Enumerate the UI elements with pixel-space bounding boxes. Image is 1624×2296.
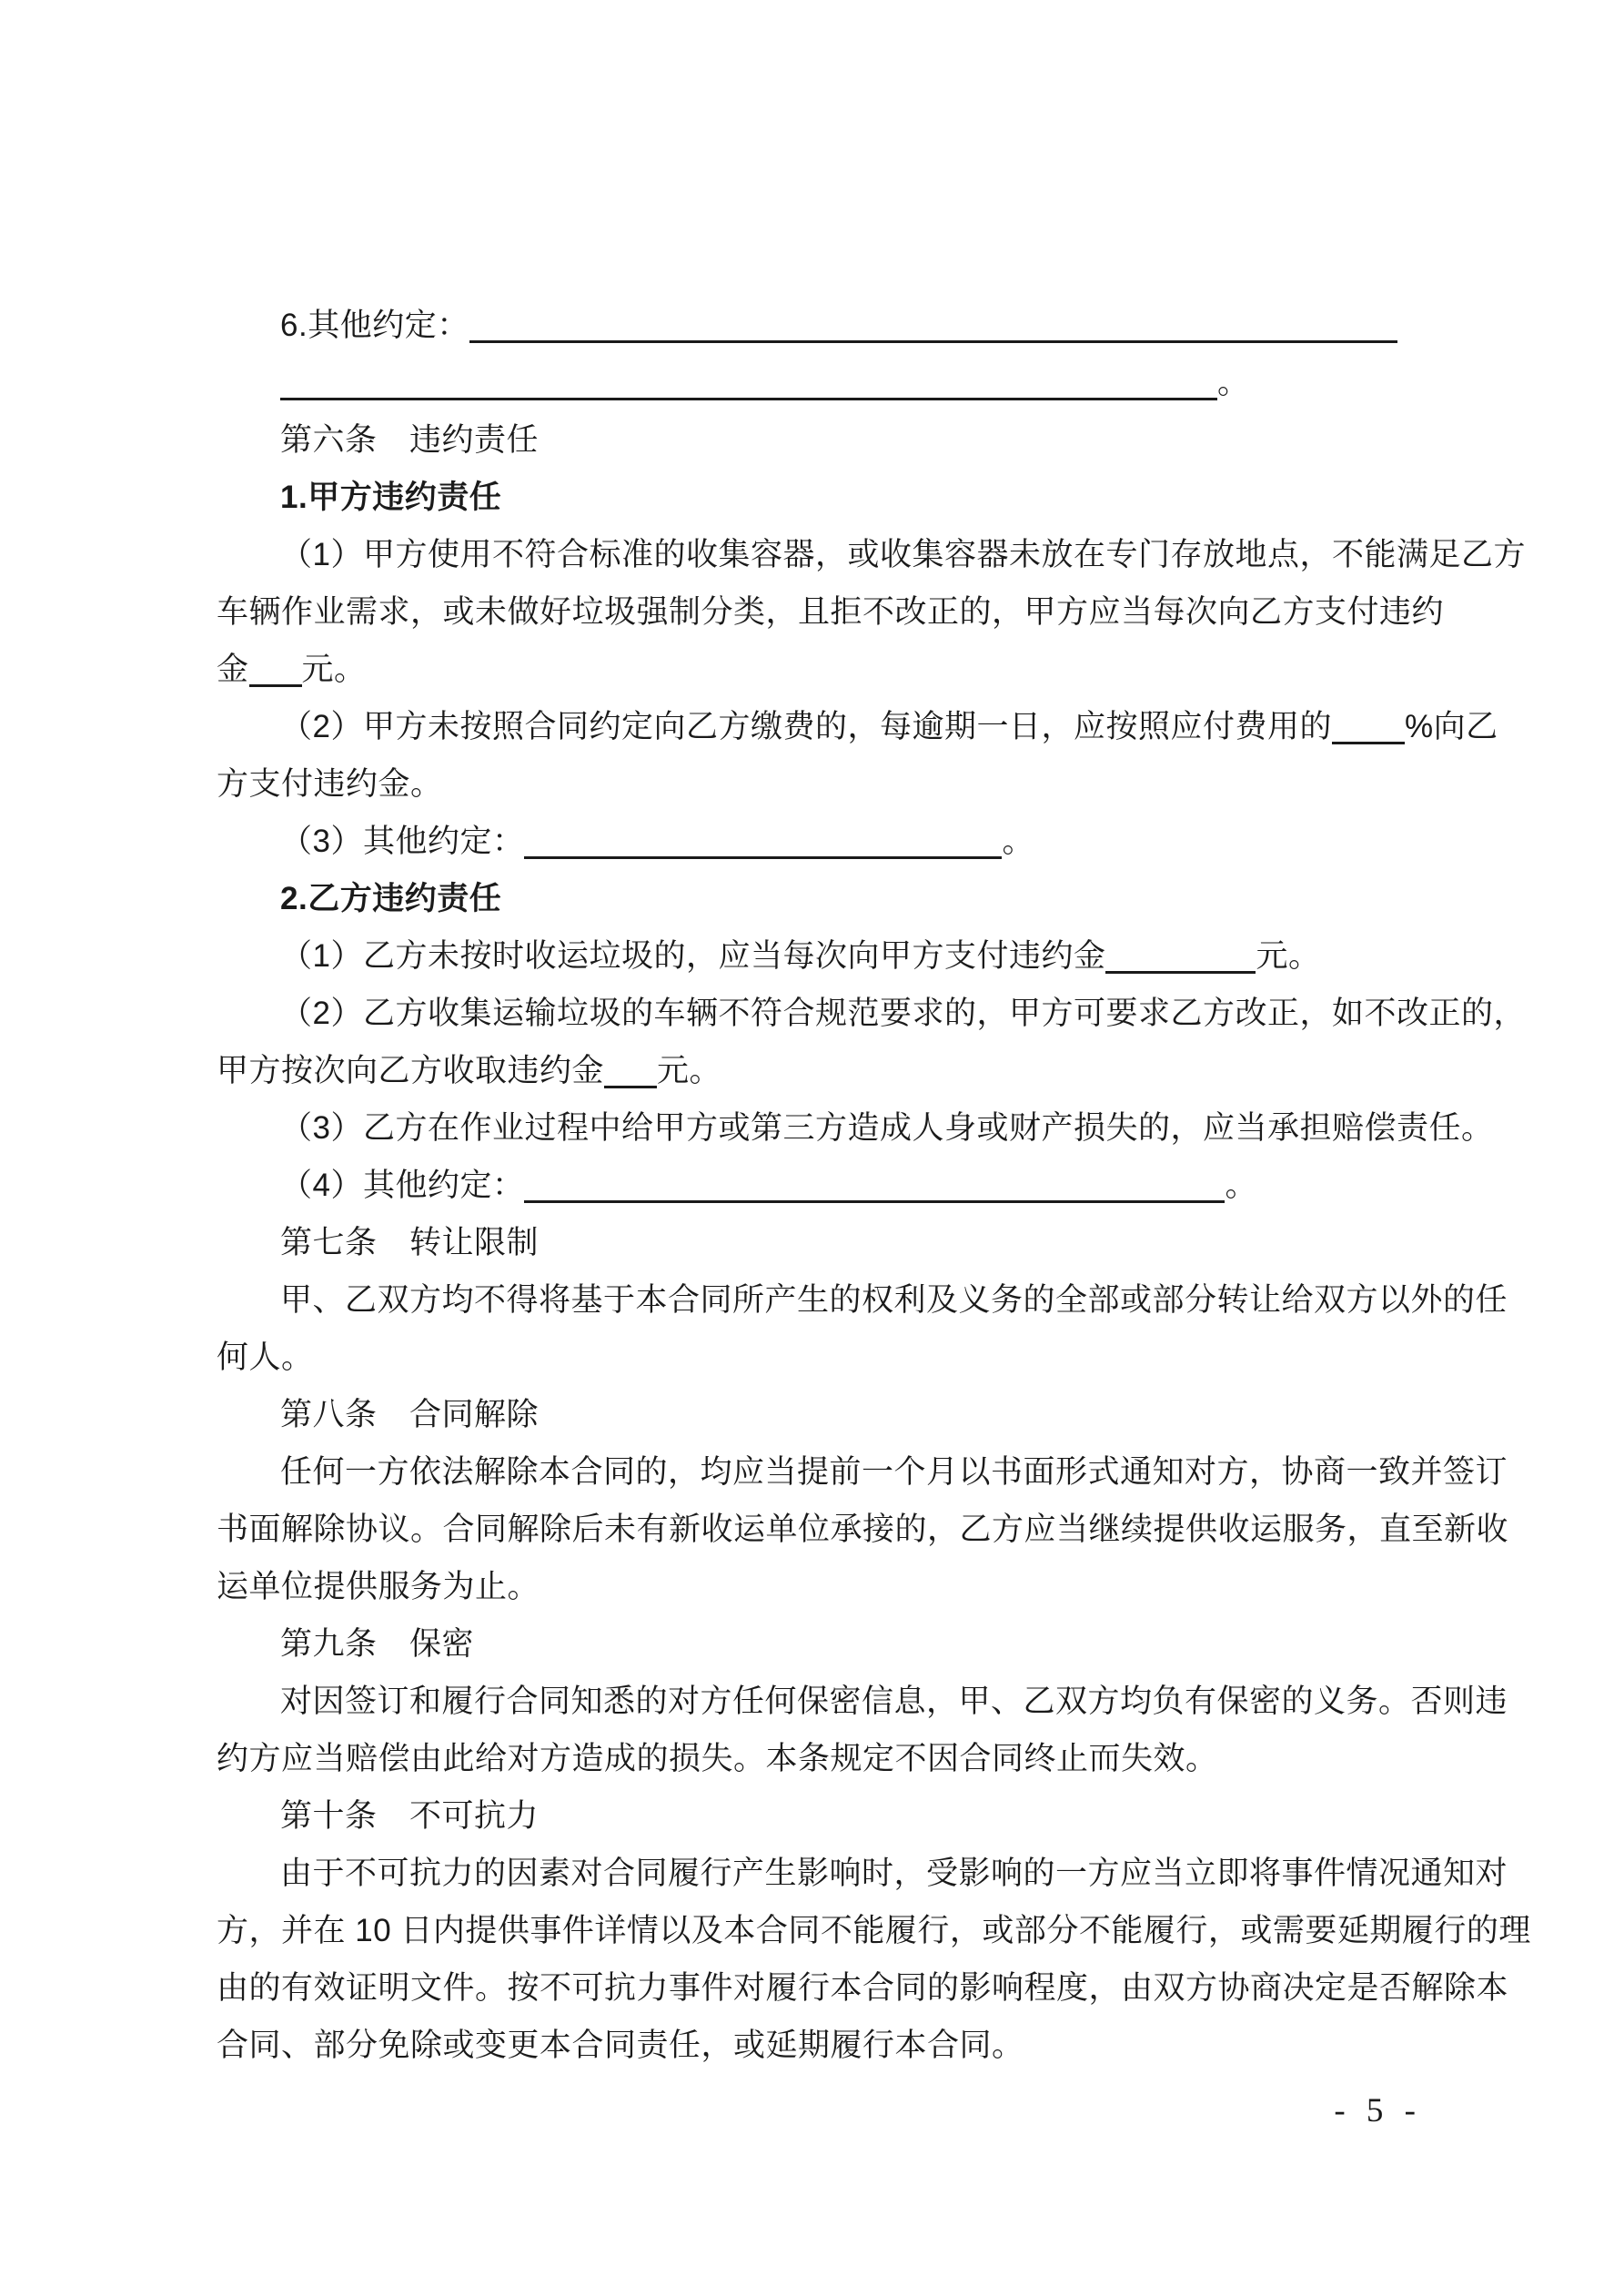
document-line: 何人。 (217, 1329, 1428, 1386)
document-line: 。 (217, 354, 1428, 411)
text-run: （1）甲方使用不符合标准的收集容器，或收集容器未放在专门存放地点，不能满足乙方 (280, 537, 1526, 572)
document-line: 任何一方依法解除本合同的，均应当提前一个月以书面形式通知对方，协商一致并签订 (217, 1443, 1428, 1501)
document-line: （1）甲方使用不符合标准的收集容器，或收集容器未放在专门存放地点，不能满足乙方 (217, 526, 1428, 583)
text-run: （2）乙方收集运输垃圾的车辆不符合规范要求的，甲方可要求乙方改正，如不改正的， (280, 996, 1526, 1031)
document-line: （2）甲方未按照合同约定向乙方缴费的，每逾期一日，应按照应付费用的%向乙 (217, 698, 1428, 755)
document-line: 方支付违约金。 (217, 755, 1428, 813)
document-line: 由的有效证明文件。按不可抗力事件对履行本合同的影响程度，由双方协商决定是否解除本 (217, 1959, 1428, 2017)
text-run: 对因签订和履行合同知悉的对方任何保密信息，甲、乙双方均负有保密的义务。否则违 (280, 1684, 1508, 1719)
document-line: 第七条 转让限制 (217, 1214, 1428, 1271)
text-run: 任何一方依法解除本合同的，均应当提前一个月以书面形式通知对方，协商一致并签订 (280, 1454, 1508, 1490)
document-line: 甲、乙双方均不得将基于本合同所产生的权利及义务的全部或部分转让给双方以外的任 (217, 1271, 1428, 1329)
text-run: 。 (1217, 365, 1250, 400)
text-run: 方支付违约金。 (217, 766, 443, 802)
text-run: 金 (217, 652, 249, 687)
text-run: 车辆作业需求，或未做好垃圾强制分类，且拒不改正的，甲方应当每次向乙方支付违约 (217, 594, 1444, 630)
text-run: 。 (1225, 1168, 1257, 1203)
text-run: 1.甲方违约责任 (280, 480, 501, 515)
document-line: 车辆作业需求，或未做好垃圾强制分类，且拒不改正的，甲方应当每次向乙方支付违约 (217, 583, 1428, 641)
text-run: 由于不可抗力的因素对合同履行产生影响时，受影响的一方应当立即将事件情况通知对 (280, 1856, 1508, 1891)
document-line: 运单位提供服务为止。 (217, 1558, 1428, 1615)
blank-underline-field (524, 1173, 1225, 1203)
text-run: 元。 (1256, 938, 1320, 974)
text-run: 第十条 不可抗力 (280, 1798, 539, 1834)
document-line: 合同、部分免除或变更本合同责任，或延期履行本合同。 (217, 2017, 1428, 2074)
text-run: 甲方按次向乙方收取违约金 (217, 1053, 604, 1088)
document-line: （3）其他约定：。 (217, 813, 1428, 870)
text-run: 约方应当赔偿由此给对方造成的损失。本条规定不因合同终止而失效。 (217, 1741, 1218, 1776)
document-line: （2）乙方收集运输垃圾的车辆不符合规范要求的，甲方可要求乙方改正，如不改正的， (217, 985, 1428, 1042)
text-run: 元。 (657, 1053, 721, 1088)
text-run: 。 (1002, 824, 1034, 859)
text-run: （4）其他约定： (280, 1168, 524, 1203)
document-line: 金元。 (217, 641, 1428, 698)
document-line: 第十条 不可抗力 (217, 1787, 1428, 1845)
text-run: 第九条 保密 (280, 1626, 474, 1662)
blank-underline-field (1105, 944, 1256, 974)
document-line: 方，并在 10 日内提供事件详情以及本合同不能履行，或部分不能履行，或需要延期履… (217, 1902, 1428, 1959)
document-line: （1）乙方未按时收运垃圾的，应当每次向甲方支付违约金元。 (217, 927, 1428, 985)
document-heading-line: 2.乙方违约责任 (217, 870, 1428, 927)
document-line: 由于不可抗力的因素对合同履行产生影响时，受影响的一方应当立即将事件情况通知对 (217, 1845, 1428, 1902)
document-line: 书面解除协议。合同解除后未有新收运单位承接的，乙方应当继续提供收运服务，直至新收 (217, 1501, 1428, 1558)
page-number: - 5 - (1334, 2091, 1422, 2130)
document-body: 6.其他约定：。第六条 违约责任1.甲方违约责任（1）甲方使用不符合标准的收集容… (217, 297, 1428, 2074)
document-line: 第九条 保密 (217, 1615, 1428, 1673)
text-run: 由的有效证明文件。按不可抗力事件对履行本合同的影响程度，由双方协商决定是否解除本 (217, 1970, 1508, 2006)
text-run: 何人。 (217, 1340, 314, 1375)
text-run: 第七条 转让限制 (280, 1225, 539, 1260)
blank-underline-field (249, 657, 302, 687)
blank-underline-field (469, 313, 1397, 343)
text-run: 运单位提供服务为止。 (217, 1569, 540, 1604)
text-run: 甲、乙双方均不得将基于本合同所产生的权利及义务的全部或部分转让给双方以外的任 (280, 1282, 1508, 1318)
text-run: 书面解除协议。合同解除后未有新收运单位承接的，乙方应当继续提供收运服务，直至新收 (217, 1512, 1508, 1547)
document-line: （4）其他约定：。 (217, 1157, 1428, 1214)
document-page: 6.其他约定：。第六条 违约责任1.甲方违约责任（1）甲方使用不符合标准的收集容… (0, 0, 1624, 2296)
blank-underline-field (280, 370, 1217, 400)
document-line: 约方应当赔偿由此给对方造成的损失。本条规定不因合同终止而失效。 (217, 1730, 1428, 1787)
document-heading-line: 1.甲方违约责任 (217, 469, 1428, 526)
text-run: （2）甲方未按照合同约定向乙方缴费的，每逾期一日，应按照应付费用的 (280, 709, 1332, 744)
text-run: 第六条 违约责任 (280, 422, 539, 458)
text-run: 第八条 合同解除 (280, 1397, 539, 1432)
blank-underline-field (1332, 714, 1405, 744)
text-run: 2.乙方违约责任 (280, 881, 501, 916)
text-run: （1）乙方未按时收运垃圾的，应当每次向甲方支付违约金 (280, 938, 1105, 974)
document-line: 甲方按次向乙方收取违约金元。 (217, 1042, 1428, 1099)
document-line: （3）乙方在作业过程中给甲方或第三方造成人身或财产损失的，应当承担赔偿责任。 (217, 1099, 1428, 1157)
text-run: 方，并在 10 日内提供事件详情以及本合同不能履行，或部分不能履行，或需要延期履… (217, 1913, 1531, 1948)
text-run: 元。 (302, 652, 367, 687)
blank-underline-field (604, 1058, 657, 1088)
document-line: 第八条 合同解除 (217, 1386, 1428, 1443)
text-run: （3）乙方在作业过程中给甲方或第三方造成人身或财产损失的，应当承担赔偿责任。 (280, 1110, 1493, 1146)
document-line: 第六条 违约责任 (217, 411, 1428, 469)
blank-underline-field (524, 829, 1002, 859)
text-run: 合同、部分免除或变更本合同责任，或延期履行本合同。 (217, 2028, 1024, 2063)
document-line: 6.其他约定： (217, 297, 1428, 354)
text-run: %向乙 (1405, 709, 1498, 744)
text-run: 6.其他约定： (280, 308, 469, 343)
text-run: （3）其他约定： (280, 824, 524, 859)
document-line: 对因签订和履行合同知悉的对方任何保密信息，甲、乙双方均负有保密的义务。否则违 (217, 1673, 1428, 1730)
